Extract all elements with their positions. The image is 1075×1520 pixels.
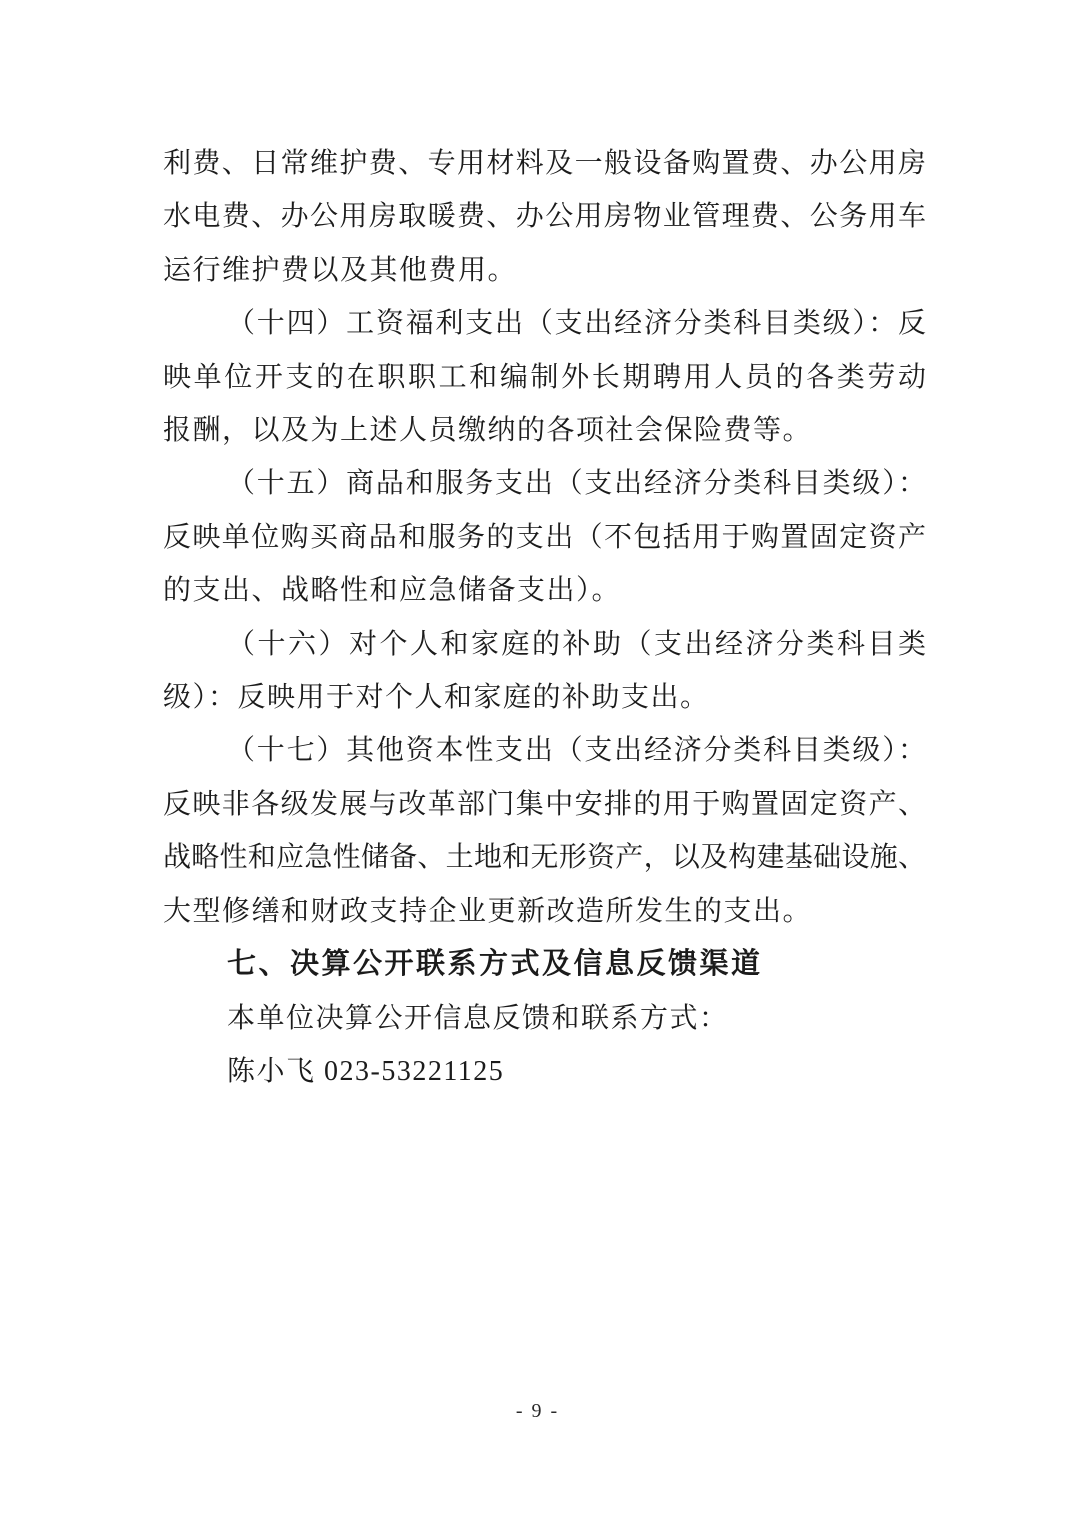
body-line: 级）：反映用于对个人和家庭的补助支出。 xyxy=(163,671,926,724)
section-heading: 七、决算公开联系方式及信息反馈渠道 xyxy=(163,938,926,991)
body-line: 报酬，以及为上述人员缴纳的各项社会保险费等。 xyxy=(163,404,926,457)
body-line: 映单位开支的在职职工和编制外长期聘用人员的各类劳动 xyxy=(163,351,926,404)
body-line: 水电费、办公用房取暖费、办公用房物业管理费、公务用车 xyxy=(163,190,926,243)
page-footer: - 9 - xyxy=(0,1400,1075,1423)
paragraph-lead-line: （十四）工资福利支出（支出经济分类科目类级）：反 xyxy=(163,297,926,350)
document-body: 利费、日常维护费、专用材料及一般设备购置费、办公用房 水电费、办公用房取暖费、办… xyxy=(163,137,926,1098)
body-line: 战略性和应急性储备、土地和无形资产，以及构建基础设施、 xyxy=(163,831,926,884)
paragraph-lead-line: （十七）其他资本性支出（支出经济分类科目类级）： xyxy=(163,724,926,777)
contact-intro-line: 本单位决算公开信息反馈和联系方式： xyxy=(163,992,926,1045)
document-page: 利费、日常维护费、专用材料及一般设备购置费、办公用房 水电费、办公用房取暖费、办… xyxy=(0,0,1075,1520)
contact-info-line: 陈小飞 023-53221125 xyxy=(163,1045,926,1098)
paragraph-lead-line: （十五）商品和服务支出（支出经济分类科目类级）： xyxy=(163,457,926,510)
body-line: 反映非各级发展与改革部门集中安排的用于购置固定资产、 xyxy=(163,778,926,831)
body-line: 的支出、战略性和应急储备支出）。 xyxy=(163,564,926,617)
page-number: - 9 - xyxy=(516,1400,559,1422)
body-line: 利费、日常维护费、专用材料及一般设备购置费、办公用房 xyxy=(163,137,926,190)
body-line: 大型修缮和财政支持企业更新改造所发生的支出。 xyxy=(163,885,926,938)
paragraph-lead-line: （十六）对个人和家庭的补助（支出经济分类科目类 xyxy=(163,618,926,671)
body-line: 运行维护费以及其他费用。 xyxy=(163,244,926,297)
body-line: 反映单位购买商品和服务的支出（不包括用于购置固定资产 xyxy=(163,511,926,564)
